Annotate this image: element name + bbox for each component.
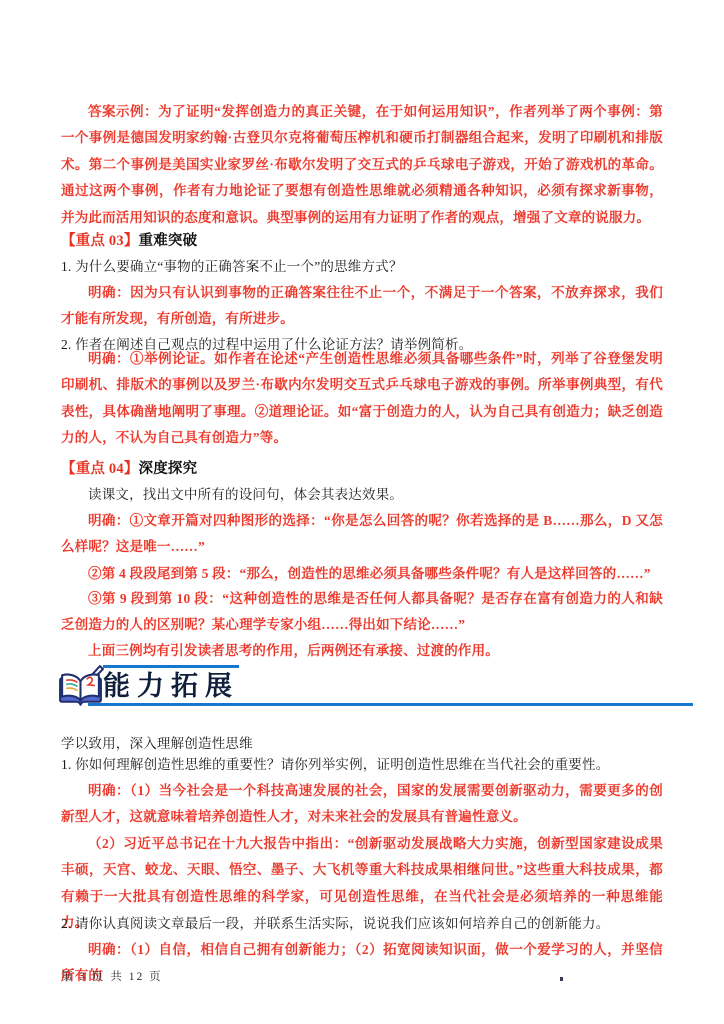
stray-dot [560, 977, 563, 981]
inquiry-answer-2: ②第 4 段段尾到第 5 段：“那么，创造性的思维必须具备哪些条件呢？有人是这样… [61, 561, 663, 588]
key-point-03-title: 重难突破 [139, 233, 198, 249]
expansion-question-2: 2. 请你认真阅读文章最后一段，并联系生活实际，说说我们应该如何培养自己的创新能… [61, 911, 663, 938]
header-rule [88, 703, 693, 706]
inquiry-answer-1: 明确：①文章开篇对四种图形的选择：“你是怎么回答的呢？你若选择的是 B……那么，… [61, 508, 663, 561]
document-page: 答案示例：为了证明“发挥创造力的真正关键，在于如何运用知识”，作者列举了两个事例… [0, 0, 724, 1024]
question-1: 1. 为什么要确立“事物的正确答案不止一个”的思维方式？ [61, 254, 663, 281]
answer-2: 明确：①举例论证。如作者在论述“产生创造性思维必须具备哪些条件”时，列举了谷登堡… [61, 346, 663, 452]
deep-inquiry-task: 读课文，找出文中所有的设问句，体会其表达效果。 [61, 482, 663, 509]
answer-1: 明确：因为只有认识到事物的正确答案往往不止一个，不满足于一个答案，不放弃探求，我… [61, 280, 663, 333]
page-footer: 第 3 页 共 12 页 [61, 968, 163, 984]
section-title: 能力拓展 [103, 665, 239, 701]
inquiry-answer-3: ③第 9 段到第 10 段：“这种创造性的思维是否任何人都具备呢？是否存在富有创… [61, 586, 663, 639]
key-point-03-heading: 【重点 03】重难突破 [61, 228, 663, 255]
expansion-answer-1a: 明确：（1）当今社会是一个科技高速发展的社会，国家的发展需要创新驱动力，需要更多… [61, 778, 663, 831]
key-point-04-tag: 【重点 04】 [61, 461, 139, 477]
answer-example-paragraph: 答案示例：为了证明“发挥创造力的真正关键，在于如何运用知识”，作者列举了两个事例… [61, 99, 663, 232]
key-point-04-title: 深度探究 [139, 461, 198, 477]
key-point-03-tag: 【重点 03】 [61, 233, 139, 249]
expansion-question-1: 1. 你如何理解创造性思维的重要性？请你列举实例，证明创造性思维在当代社会的重要… [61, 752, 663, 779]
inquiry-answer-note: 上面三例均有引发读者思考的作用，后两例还有承接、过渡的作用。 [61, 638, 663, 665]
open-book-icon [56, 664, 105, 713]
key-point-04-heading: 【重点 04】深度探究 [61, 456, 663, 483]
